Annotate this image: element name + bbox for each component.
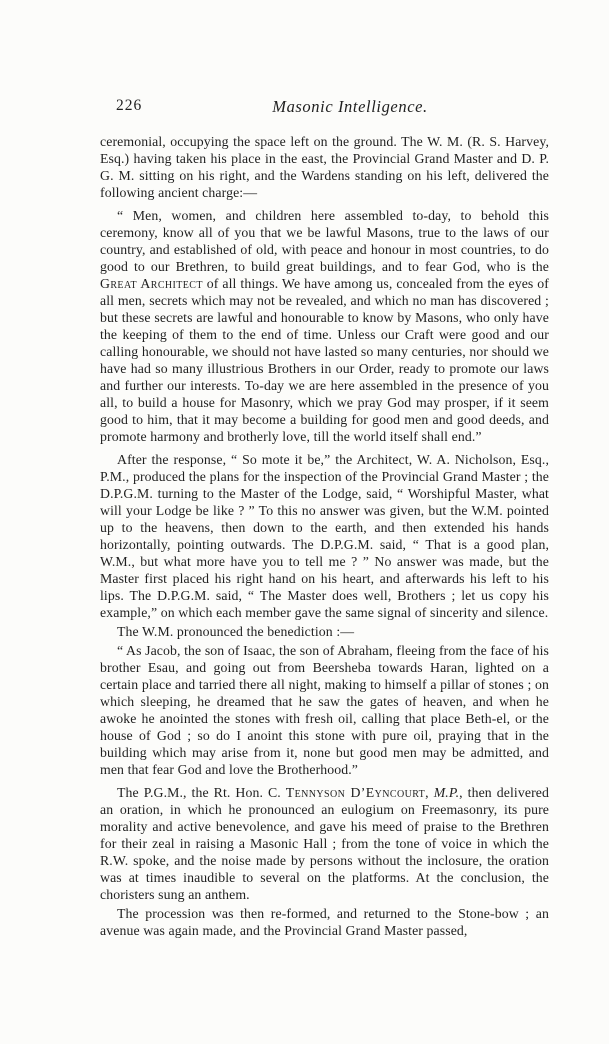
paragraph: After the response, “ So mote it be,” th… [100,451,549,621]
text-run: The procession was then re-formed, and r… [100,906,549,938]
page-body: ceremonial, occupying the space left on … [100,133,549,939]
text-run: The W.M. pronounced the benediction :— [117,624,354,639]
paragraph: The W.M. pronounced the benediction :— [100,623,549,640]
text-run: “ Men, women, and children here assemble… [100,208,549,274]
paragraph: The procession was then re-formed, and r… [100,905,549,939]
paragraph: “ Men, women, and children here assemble… [100,207,549,445]
text-run: , [425,785,434,800]
text-run: “ As Jacob, the son of Isaac, the son of… [100,643,549,777]
text-run: After the response, “ So mote it be,” th… [100,452,549,620]
small-caps-name: Tennyson D’Eyncourt [286,785,425,800]
page-header: 226 Masonic Intelligence. [100,97,548,119]
paragraph: “ As Jacob, the son of Isaac, the son of… [100,642,549,778]
text-run: of all things. We have among us, conceal… [100,276,549,444]
italic-text: M.P. [434,785,459,800]
page-header-title: Masonic Intelligence. [126,97,574,117]
scanned-page: 226 Masonic Intelligence. ceremonial, oc… [0,0,609,1044]
paragraph: The P.G.M., the Rt. Hon. C. Tennyson D’E… [100,784,549,903]
text-run: The P.G.M., the Rt. Hon. C. [117,785,286,800]
small-caps-name: Great Architect [100,276,203,291]
paragraph: ceremonial, occupying the space left on … [100,133,549,201]
text-run: , then delivered an oration, in which he… [100,785,549,902]
text-run: ceremonial, occupying the space left on … [100,134,549,200]
